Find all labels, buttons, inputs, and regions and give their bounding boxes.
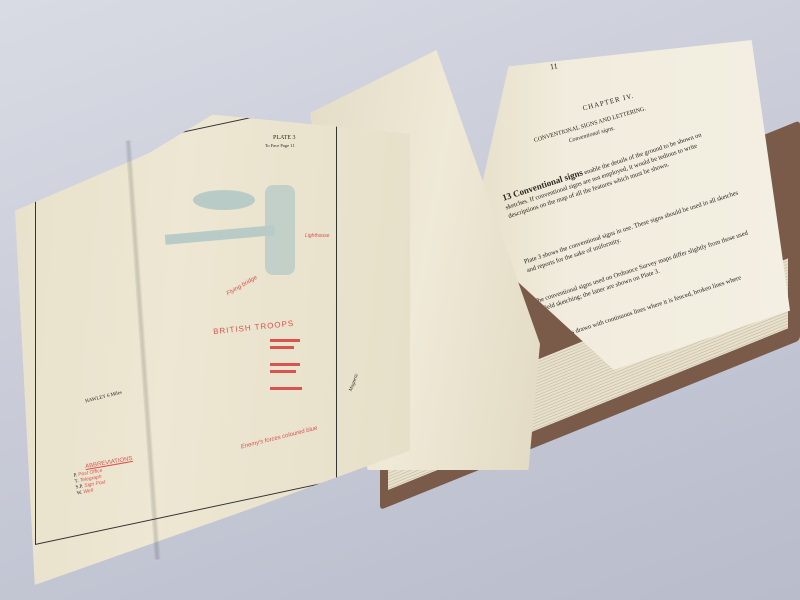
- magnetic-label: Magnetic: [349, 373, 360, 392]
- troop-symbols: [270, 335, 310, 394]
- lake-shape: [193, 190, 255, 210]
- abbreviations-list: P. Post Office T. Telegraph S.P. Sign Po…: [73, 468, 107, 497]
- plate-label: PLATE 3: [273, 135, 296, 141]
- page-number: 11: [549, 62, 558, 72]
- plate-subtitle: To Face Page 11: [265, 143, 295, 148]
- chapter-title: CHAPTER IV.: [582, 92, 635, 113]
- lighthouse-label: Lighthouse: [305, 233, 329, 239]
- para-13-text: enable the details of the ground to be s…: [505, 132, 703, 220]
- map-plate: PLATE 3 To Face Page 11 Flying bridge Li…: [15, 105, 410, 585]
